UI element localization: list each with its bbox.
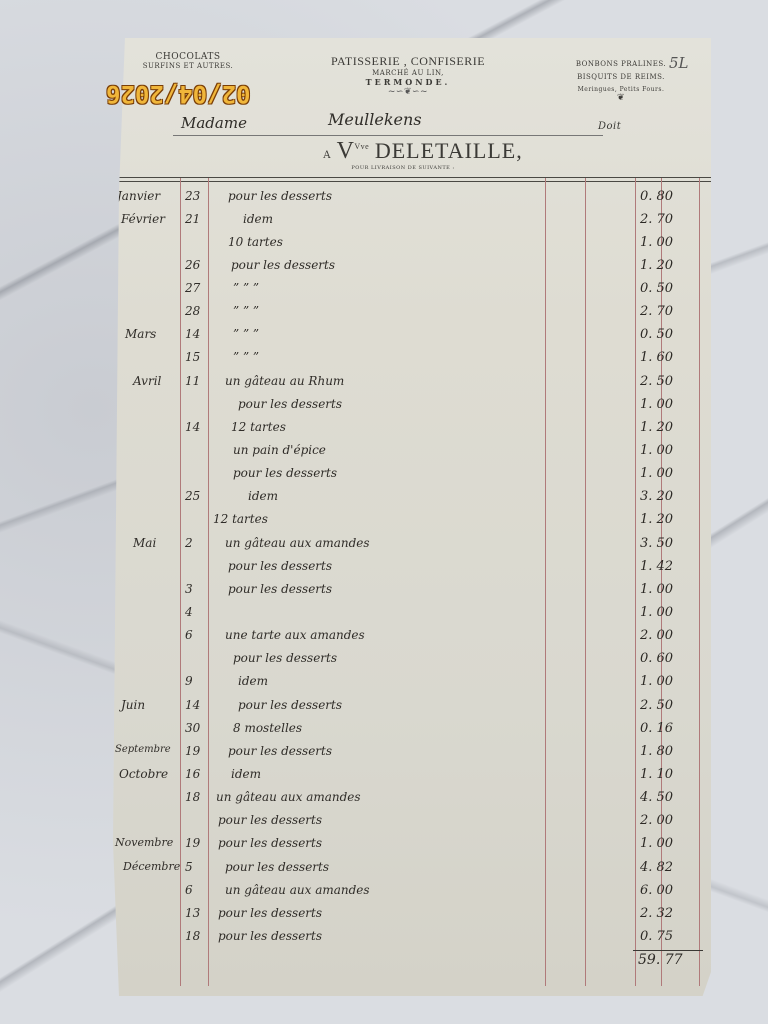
entry-description: pour les desserts [218,836,322,850]
entry-amount: 3. 20 [640,489,673,504]
merchant-name-block: A VVve DELETAILLE, [293,138,553,165]
entry-amount: 4. 82 [640,860,673,875]
entry-description: ” ” ” [233,350,259,364]
entry-day: 6 [185,628,193,642]
entry-amount: 0. 16 [640,721,673,736]
entry-day: 18 [185,790,200,804]
letterhead-right: BONBONS PRALINES. BISQUITS DE REIMS. Mer… [561,60,681,103]
entry-amount: 2. 00 [640,813,673,828]
entry-month: Avril [133,374,161,388]
entry-description: pour les desserts [238,397,342,411]
entry-amount: 2. 50 [640,374,673,389]
entry-description: idem [231,767,261,781]
entry-amount: 0. 80 [640,189,673,204]
entry-description: ” ” ” [233,281,259,295]
entry-amount: 1. 00 [640,466,673,481]
date-stamp: 02/04/2026 [106,80,251,108]
entry-day: 14 [185,327,200,341]
entry-amount: 4. 50 [640,790,673,805]
marche-label: MARCHÉ AU LIN, [303,69,513,77]
entry-day: 4 [185,605,193,619]
entry-description: un pain d'épice [233,443,326,457]
column-rule-col1 [545,178,546,986]
entry-description: pour les desserts [218,929,322,943]
entry-description: pour les desserts [228,582,332,596]
entry-amount: 0. 50 [640,281,673,296]
customer-name: Meullekens [328,110,422,129]
entry-day: 5 [185,860,193,874]
entry-day: 27 [185,281,200,295]
entry-amount: 1. 00 [640,443,673,458]
entry-day: 19 [185,744,200,758]
entry-amount: 1. 00 [640,674,673,689]
entry-amount: 1. 42 [640,559,673,574]
entry-day: 23 [185,189,200,203]
entry-amount: 2. 00 [640,628,673,643]
entry-amount: 1. 80 [640,744,673,759]
bisquits-label: BISQUITS DE REIMS. [561,73,681,81]
entry-description: ” ” ” [233,327,259,341]
entry-amount: 1. 20 [640,512,673,527]
customer-prefix: Madame [181,114,247,132]
header-rule-top [117,177,711,178]
entry-amount: 0. 60 [640,651,673,666]
entry-day: 28 [185,304,200,318]
entry-description: un gâteau au Rhum [225,374,344,388]
entry-day: 16 [185,767,200,781]
entry-month: Mai [133,536,156,550]
column-rule-end [699,178,700,986]
entry-description: pour les desserts [231,258,335,272]
invoice-sheet: CHOCOLATS SURFINS ET AUTRES. PATISSERIE … [113,38,711,996]
termonde-label: TERMONDE. [303,77,513,87]
entry-amount: 1. 00 [640,582,673,597]
entry-description: pour les desserts [225,860,329,874]
entry-description: 12 tartes [213,512,268,526]
entry-amount: 2. 50 [640,698,673,713]
entry-day: 14 [185,420,200,434]
merchant-name: DELETAILLE, [375,138,523,163]
ornament-icon: ~∽❦∽~ [303,87,513,97]
entry-description: pour les desserts [218,906,322,920]
entry-description: idem [243,212,273,226]
entry-day: 14 [185,698,200,712]
entry-month: Février [121,212,165,226]
doit-label: Doit [598,121,621,132]
entry-description: pour les desserts [233,466,337,480]
entry-month: Juin [121,698,145,712]
entry-amount: 3. 50 [640,536,673,551]
entry-amount: 1. 00 [640,836,673,851]
entry-description: un gâteau aux amandes [225,536,370,550]
column-rule-desc [208,178,209,986]
entry-description: un gâteau aux amandes [216,790,361,804]
entry-description: 8 mostelles [233,721,302,735]
entry-amount: 1. 00 [640,235,673,250]
entry-description: 12 tartes [231,420,286,434]
entry-month: Janvier [117,189,160,203]
entry-amount: 1. 00 [640,605,673,620]
entry-month: Septembre [115,744,171,755]
entry-amount: 2. 70 [640,212,673,227]
entry-description: pour les desserts [218,813,322,827]
entry-day: 25 [185,489,200,503]
entry-day: 11 [185,374,200,388]
entry-description: une tarte aux amandes [225,628,365,642]
patisserie-label: PATISSERIE , CONFISERIE [303,54,513,69]
merchant-prefix: A [323,150,331,161]
entry-amount: 1. 20 [640,258,673,273]
entry-description: ” ” ” [233,304,259,318]
column-rule-francs [635,178,636,986]
entry-day: 30 [185,721,200,735]
surfins-label: SURFINS ET AUTRES. [133,62,243,70]
entry-day: 18 [185,929,200,943]
entry-month: Mars [125,327,156,341]
entry-day: 9 [185,674,193,688]
entry-amount: 0. 50 [640,327,673,342]
entry-description: pour les desserts [228,189,332,203]
entry-description: pour les desserts [233,651,337,665]
entry-month: Novembre [115,836,173,849]
column-rule-col2 [585,178,586,986]
entry-day: 2 [185,536,193,550]
entry-day: 6 [185,883,193,897]
entry-day: 26 [185,258,200,272]
chocolats-label: CHOCOLATS [133,52,243,62]
letterhead-left: CHOCOLATS SURFINS ET AUTRES. [133,52,243,70]
entry-month: Décembre [123,860,180,873]
entry-description: idem [238,674,268,688]
total-rule [633,950,703,951]
entry-month: Octobre [119,767,168,781]
entry-description: un gâteau aux amandes [225,883,370,897]
entry-amount: 6. 00 [640,883,673,898]
entry-description: pour les desserts [228,559,332,573]
reference-number: 5L [669,54,689,72]
entry-day: 19 [185,836,200,850]
ornament-small-icon: ❦ [561,93,681,103]
entry-description: pour les desserts [238,698,342,712]
entry-description: pour les desserts [228,744,332,758]
entry-amount: 2. 32 [640,906,673,921]
letterhead-center: PATISSERIE , CONFISERIE MARCHÉ AU LIN, T… [303,54,513,97]
header-rule-bottom [117,181,711,182]
bonbons-label: BONBONS PRALINES. [561,60,681,68]
entry-amount: 2. 70 [640,304,673,319]
entry-description: 10 tartes [228,235,283,249]
entry-amount: 1. 20 [640,420,673,435]
entry-amount: 1. 60 [640,350,673,365]
invoice-total: 59. 77 [638,952,683,968]
entry-amount: 1. 10 [640,767,673,782]
merchant-title: VVve [337,138,370,164]
entry-day: 21 [185,212,200,226]
entry-day: 15 [185,350,200,364]
merchant-subtitle: POUR LIVRAISON DE SUIVANTE : [323,165,483,171]
entry-amount: 1. 00 [640,397,673,412]
entry-day: 3 [185,582,193,596]
entry-day: 13 [185,906,200,920]
meringues-label: Meringues, Petits Fours. [561,86,681,93]
customer-line [173,135,603,136]
entry-amount: 0. 75 [640,929,673,944]
entry-description: idem [248,489,278,503]
